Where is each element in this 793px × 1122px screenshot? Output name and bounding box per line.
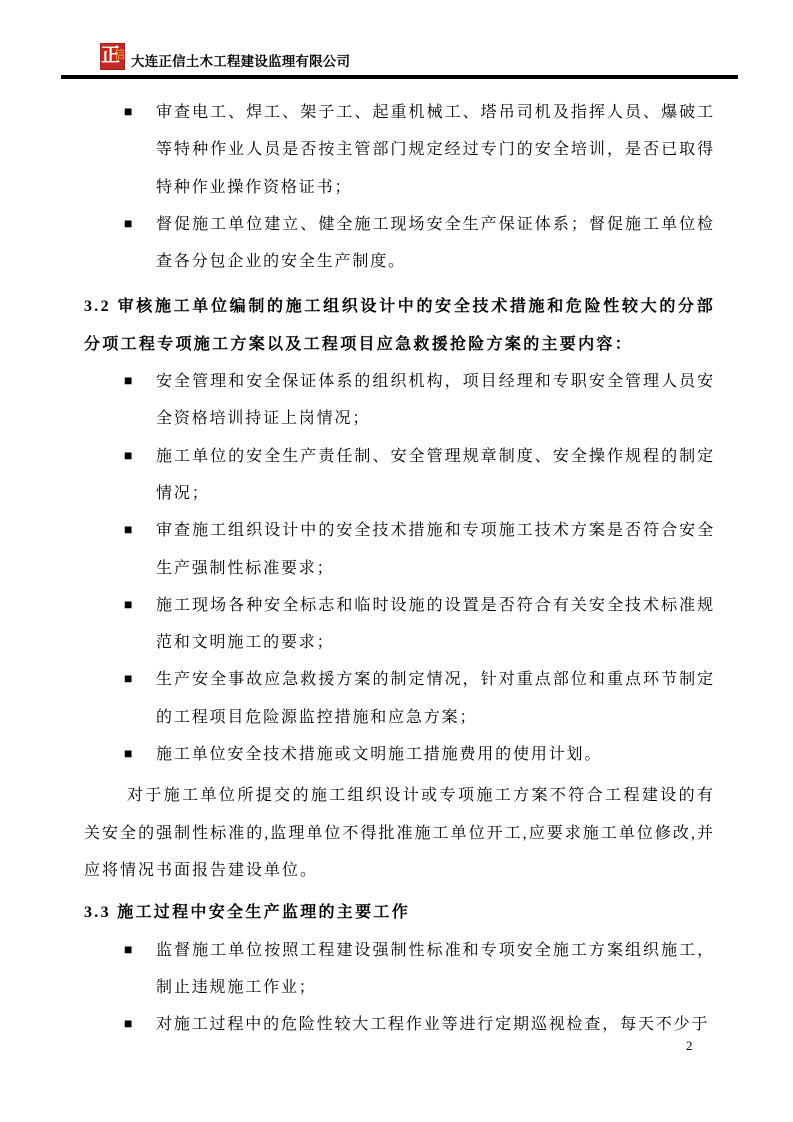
bullet-text: 督促施工单位建立、健全施工现场安全生产保证体系；督促施工单位检查各分包企业的安全… xyxy=(156,216,715,270)
bullet-square-icon: ■ xyxy=(124,736,132,773)
bullet-square-icon: ■ xyxy=(124,1006,132,1043)
bullet-square-icon: ■ xyxy=(124,438,132,475)
bullet-text: 安全管理和安全保证体系的组织机构，项目经理和专职安全管理人员安全资格培训持证上岗… xyxy=(156,373,715,427)
bullet-square-icon: ■ xyxy=(124,94,132,131)
bullet-text: 生产安全事故应急救援方案的制定情况，针对重点部位和重点环节制定的工程项目危险源监… xyxy=(156,671,715,725)
section-heading-3-2: 3.2 审核施工单位编制的施工组织设计中的安全技术措施和危险性较大的分部分项工程… xyxy=(84,288,715,363)
section-heading-3-3: 3.3 施工过程中安全生产监理的主要工作 xyxy=(84,894,715,931)
bullet-item: ■ 施工现场各种安全标志和临时设施的设置是否符合有关安全技术标准规范和文明施工的… xyxy=(84,587,715,662)
body-paragraph: 对于施工单位所提交的施工组织设计或专项施工方案不符合工程建设的有关安全的强制性标… xyxy=(84,777,715,889)
company-logo-seal: 正 信 xyxy=(100,43,125,70)
bullet-item: ■ 生产安全事故应急救援方案的制定情况，针对重点部位和重点环节制定的工程项目危险… xyxy=(84,661,715,736)
company-name: 大连正信土木工程建设监理有限公司 xyxy=(131,50,350,70)
bullet-item: ■ 对施工过程中的危险性较大工程作业等进行定期巡视检查，每天不少于 xyxy=(84,1006,715,1043)
bullet-square-icon: ■ xyxy=(124,206,132,243)
bullet-text: 审查电工、焊工、架子工、起重机械工、塔吊司机及指挥人员、爆破工等特种作业人员是否… xyxy=(156,104,715,196)
bullet-square-icon: ■ xyxy=(124,363,132,400)
header-rule xyxy=(61,75,738,79)
bullet-text: 施工单位的安全生产责任制、安全管理规章制度、安全操作规程的制定情况； xyxy=(156,448,715,502)
bullet-text: 施工现场各种安全标志和临时设施的设置是否符合有关安全技术标准规范和文明施工的要求… xyxy=(156,597,715,651)
bullet-square-icon: ■ xyxy=(124,932,132,969)
bullet-item: ■ 审查电工、焊工、架子工、起重机械工、塔吊司机及指挥人员、爆破工等特种作业人员… xyxy=(84,94,715,206)
page-number: 2 xyxy=(686,1038,693,1054)
bullet-item: ■ 施工单位安全技术措施或文明施工措施费用的使用计划。 xyxy=(84,736,715,773)
bullet-text: 施工单位安全技术措施或文明施工措施费用的使用计划。 xyxy=(156,746,602,763)
bullet-text: 审查施工组织设计中的安全技术措施和专项施工技术方案是否符合安全生产强制性标准要求… xyxy=(156,522,715,576)
bullet-text: 监督施工单位按照工程建设强制性标准和专项安全施工方案组织施工，制止违规施工作业； xyxy=(156,942,715,996)
bullet-square-icon: ■ xyxy=(124,661,132,698)
bullet-item: ■ 施工单位的安全生产责任制、安全管理规章制度、安全操作规程的制定情况； xyxy=(84,438,715,513)
bullet-item: ■ 监督施工单位按照工程建设强制性标准和专项安全施工方案组织施工，制止违规施工作… xyxy=(84,932,715,1007)
document-page: 正 信 大连正信土木工程建设监理有限公司 ■ 审查电工、焊工、架子工、起重机械工… xyxy=(0,0,793,1122)
bullet-item: ■ 审查施工组织设计中的安全技术措施和专项施工技术方案是否符合安全生产强制性标准… xyxy=(84,512,715,587)
bullet-square-icon: ■ xyxy=(124,512,132,549)
bullet-item: ■ 督促施工单位建立、健全施工现场安全生产保证体系；督促施工单位检查各分包企业的… xyxy=(84,206,715,281)
bullet-item: ■ 安全管理和安全保证体系的组织机构，项目经理和专职安全管理人员安全资格培训持证… xyxy=(84,363,715,438)
bullet-text: 对施工过程中的危险性较大工程作业等进行定期巡视检查，每天不少于 xyxy=(156,1016,709,1033)
document-body: ■ 审查电工、焊工、架子工、起重机械工、塔吊司机及指挥人员、爆破工等特种作业人员… xyxy=(84,94,715,1043)
bullet-square-icon: ■ xyxy=(124,587,132,624)
logo-char-sub: 信 xyxy=(114,49,125,61)
